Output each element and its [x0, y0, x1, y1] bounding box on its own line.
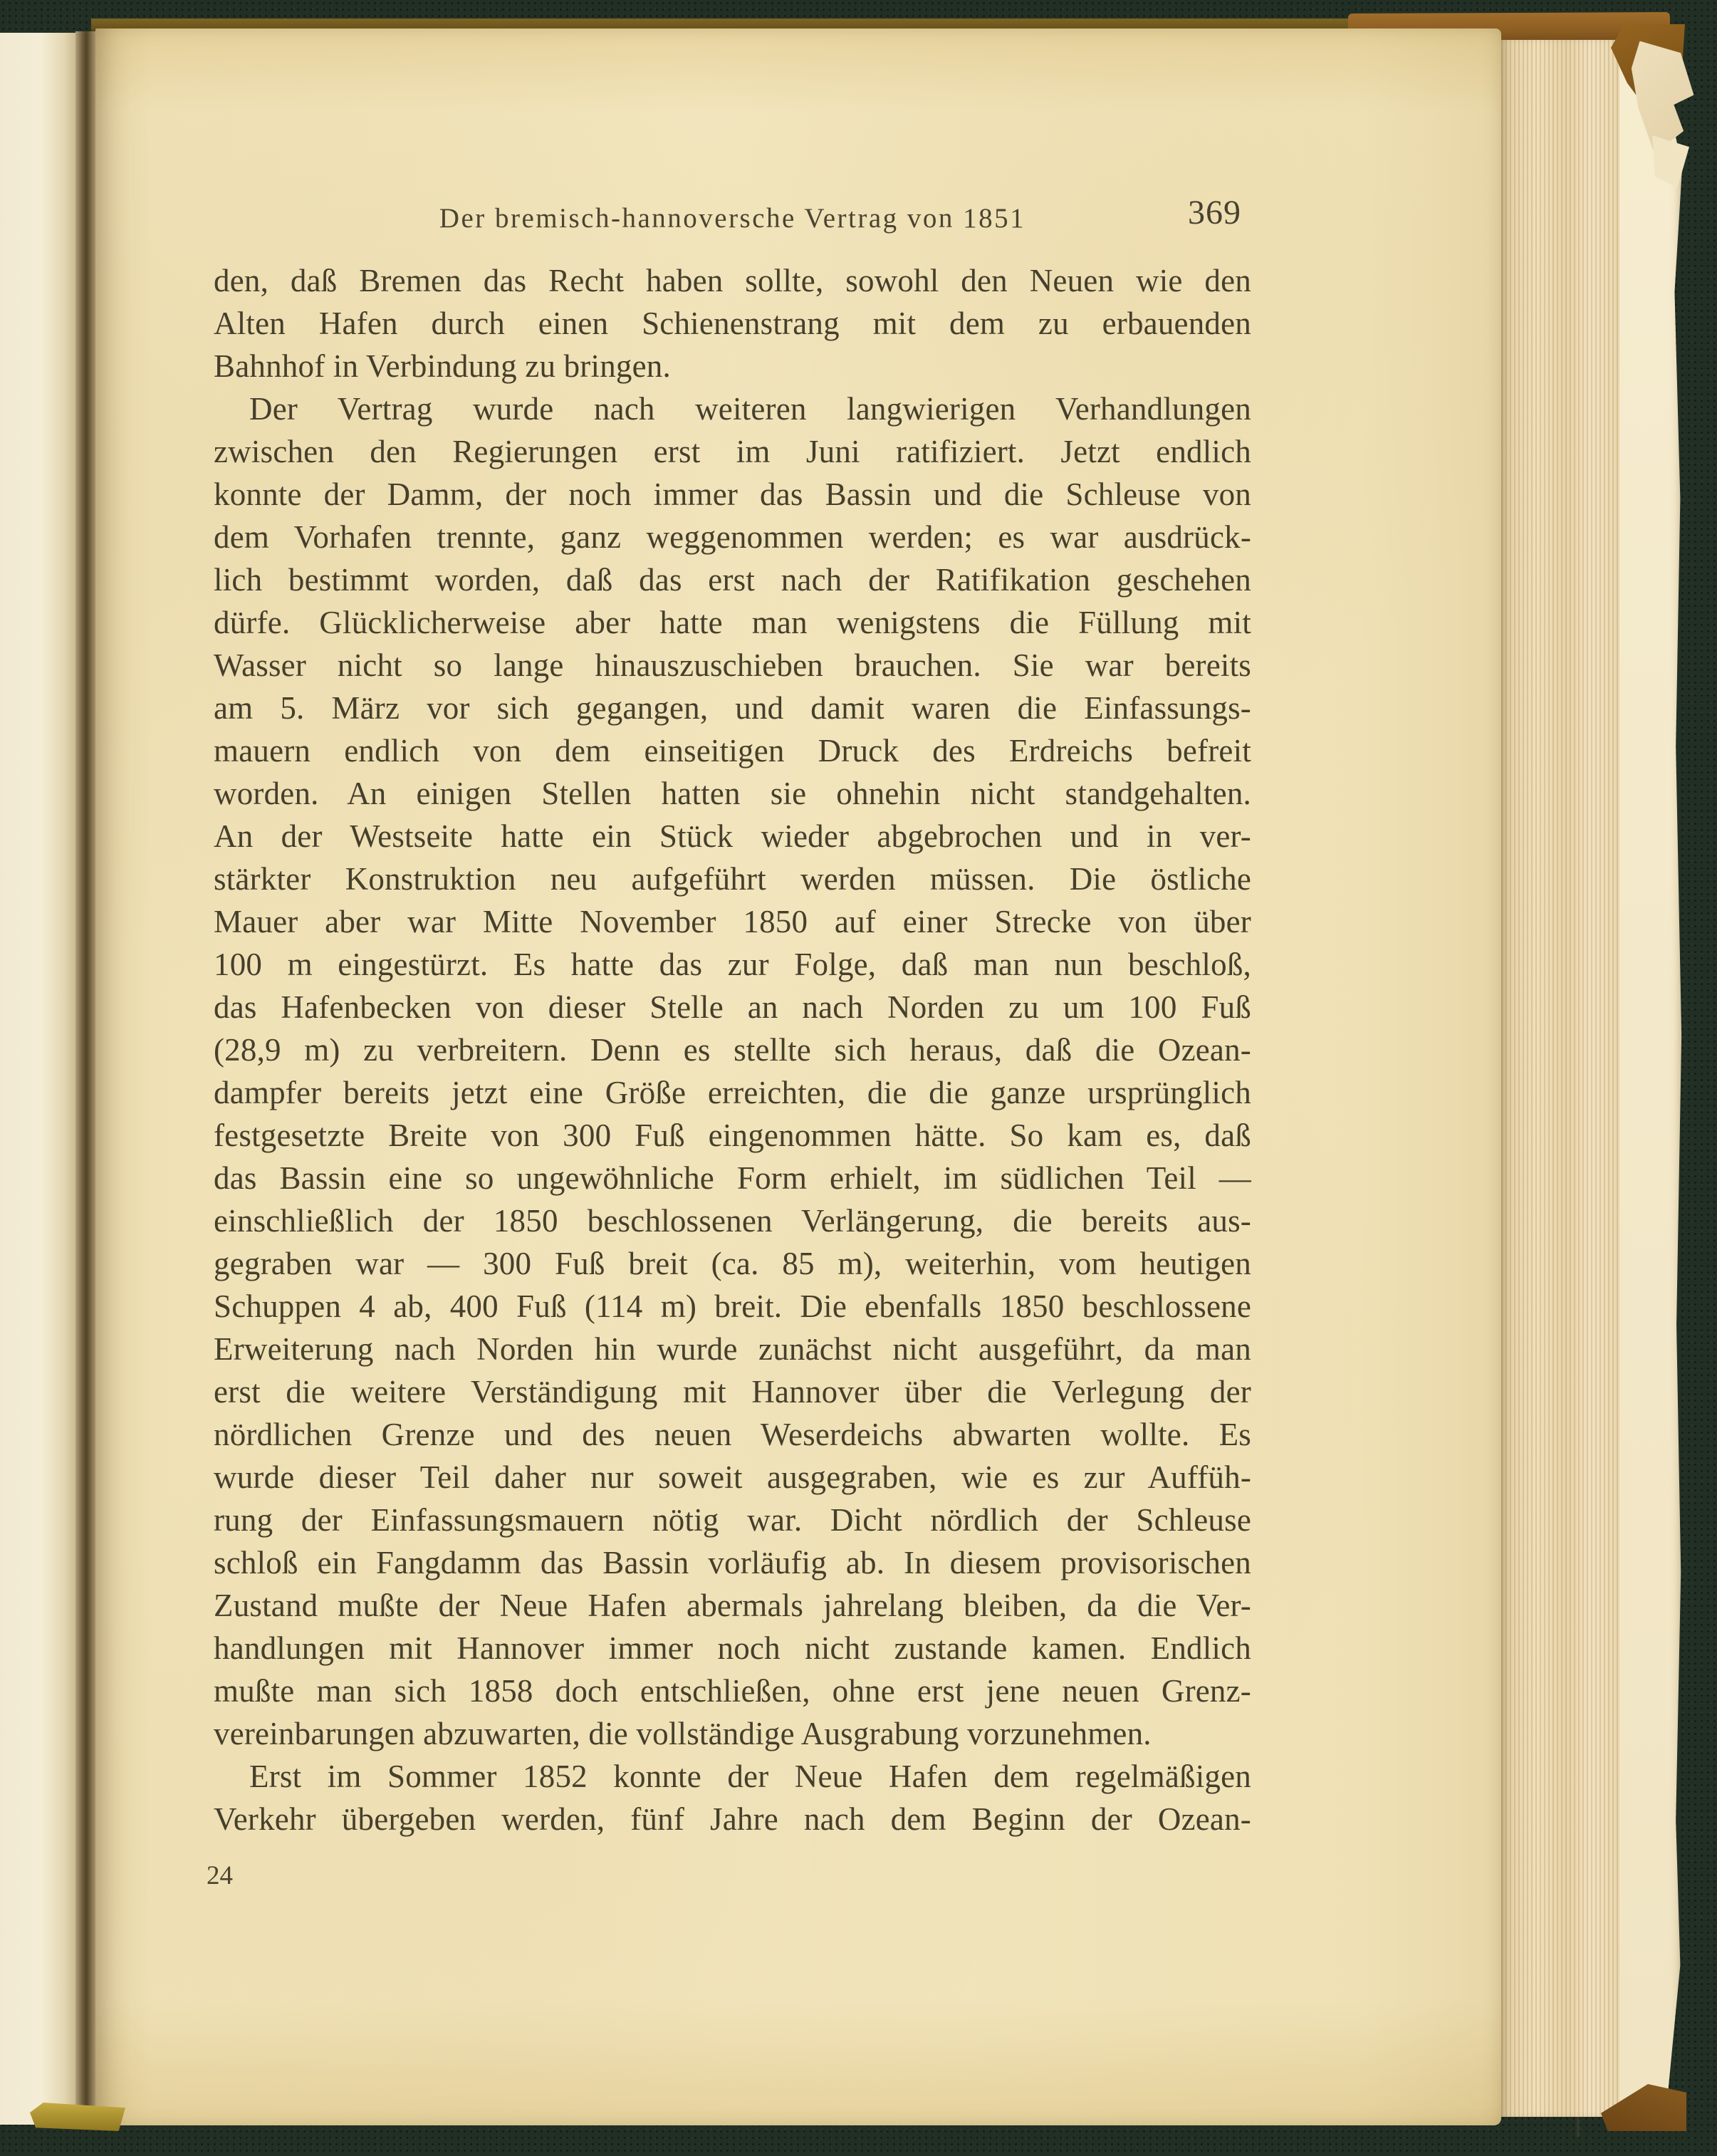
text-line: Der Vertrag wurde nach weiteren langwier… — [214, 387, 1251, 430]
text-line: 100 m eingestürzt. Es hatte das zur Folg… — [214, 943, 1251, 986]
book-scan: Der bremisch-hannoversche Vertrag von 18… — [0, 0, 1717, 2156]
gutter-shadow — [75, 31, 95, 2125]
text-line: mauern endlich von dem einseitigen Druck… — [214, 729, 1251, 772]
text-line: dampfer bereits jetzt eine Größe erreich… — [214, 1071, 1251, 1114]
text-line: worden. An einigen Stellen hatten sie oh… — [214, 772, 1251, 815]
text-line: Verkehr übergeben werden, fünf Jahre nac… — [214, 1798, 1251, 1840]
tailband — [30, 2103, 125, 2131]
text-line: mußte man sich 1858 doch entschließen, o… — [214, 1670, 1251, 1712]
text-line: konnte der Damm, der noch immer das Bass… — [214, 473, 1251, 516]
running-head: Der bremisch-hannoversche Vertrag von 18… — [214, 199, 1251, 238]
page: Der bremisch-hannoversche Vertrag von 18… — [95, 28, 1501, 2125]
text-line: Wasser nicht so lange hinauszuschieben b… — [214, 644, 1251, 687]
protruding-page-edge — [1619, 44, 1682, 2110]
text-line: vereinbarungen abzuwarten, die vollständ… — [214, 1712, 1251, 1755]
text-line: handlungen mit Hannover immer noch nicht… — [214, 1627, 1251, 1670]
text-line: einschließlich der 1850 beschlossenen Ve… — [214, 1199, 1251, 1242]
text-line: Bahnhof in Verbindung zu bringen. — [214, 345, 1251, 387]
signature-mark: 24 — [207, 1860, 233, 1892]
facing-page-edge — [0, 33, 75, 2125]
body-text: den, daß Bremen das Recht haben sollte, … — [214, 259, 1251, 1840]
text-line: das Hafenbecken von dieser Stelle an nac… — [214, 986, 1251, 1028]
text-line: Erweiterung nach Norden hin wurde zunäch… — [214, 1328, 1251, 1370]
text-line: gegraben war — 300 Fuß breit (ca. 85 m),… — [214, 1242, 1251, 1285]
text-line: Schuppen 4 ab, 400 Fuß (114 m) breit. Di… — [214, 1285, 1251, 1328]
text-line: erst die weitere Verständigung mit Hanno… — [214, 1370, 1251, 1413]
text-line: nördlichen Grenze und des neuen Weserdei… — [214, 1413, 1251, 1456]
text-line: das Bassin eine so ungewöhnliche Form er… — [214, 1157, 1251, 1199]
text-line: (28,9 m) zu verbreitern. Denn es stellte… — [214, 1028, 1251, 1071]
running-title: Der bremisch-hannoversche Vertrag von 18… — [214, 199, 1251, 238]
text-line: stärkter Konstruktion neu aufgeführt wer… — [214, 858, 1251, 900]
text-line: am 5. März vor sich gegangen, und damit … — [214, 687, 1251, 729]
text-line: Erst im Sommer 1852 konnte der Neue Hafe… — [214, 1755, 1251, 1798]
text-line: Zustand mußte der Neue Hafen abermals ja… — [214, 1584, 1251, 1627]
fore-edge-pages — [1501, 40, 1621, 2117]
text-line: dürfe. Glücklicherweise aber hatte man w… — [214, 601, 1251, 644]
text-line: lich bestimmt worden, daß das erst nach … — [214, 558, 1251, 601]
text-line: den, daß Bremen das Recht haben sollte, … — [214, 259, 1251, 302]
text-line: wurde dieser Teil daher nur soweit ausge… — [214, 1456, 1251, 1499]
text-line: rung der Einfassungsmauern nötig war. Di… — [214, 1499, 1251, 1541]
page-number: 369 — [1188, 194, 1241, 232]
text-line: zwischen den Regierungen erst im Juni ra… — [214, 430, 1251, 473]
text-line: An der Westseite hatte ein Stück wieder … — [214, 815, 1251, 858]
text-line: Mauer aber war Mitte November 1850 auf e… — [214, 900, 1251, 943]
text-line: Alten Hafen durch einen Schienenstrang m… — [214, 302, 1251, 345]
text-line: schloß ein Fangdamm das Bassin vorläufig… — [214, 1541, 1251, 1584]
text-line: festgesetzte Breite von 300 Fuß eingenom… — [214, 1114, 1251, 1157]
text-line: dem Vorhafen trennte, ganz weggenommen w… — [214, 516, 1251, 558]
